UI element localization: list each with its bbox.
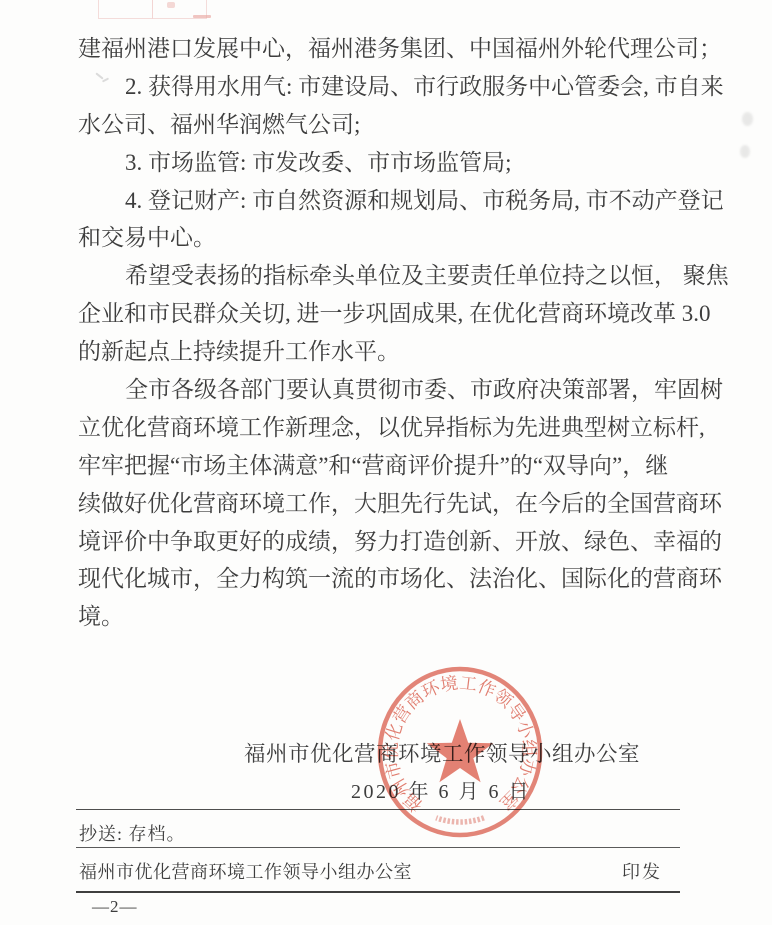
seal-bottom-code-marks bbox=[436, 818, 484, 822]
cc-line: 抄送: 存档。 bbox=[79, 820, 186, 846]
scan-artifact-smudge-1 bbox=[742, 112, 753, 126]
scan-artifact-red-grid-right bbox=[152, 0, 207, 19]
issuer-line: 福州市优化营商环境工作领导小组办公室 bbox=[79, 858, 412, 884]
text-line: 全市各级各部门要认真贯彻市委、市政府决策部署，牢固树 bbox=[78, 371, 706, 409]
text-line: 立优化营商环境工作新理念，以优异指标为先进典型树立标杆, bbox=[78, 409, 706, 447]
footer-divider-middle bbox=[76, 847, 680, 848]
text-line: 牢牢把握“市场主体满意”和“营商评价提升”的“双导向”，继 bbox=[78, 447, 706, 485]
page-number: —2— bbox=[92, 897, 138, 917]
text-line: 2. 获得用水用气: 市建设局、市行政服务中心管委会, 市自来 bbox=[78, 68, 706, 106]
text-line: 的新起点上持续提升工作水平。 bbox=[78, 333, 706, 371]
text-line: 水公司、福州华润燃气公司; bbox=[78, 106, 706, 144]
scan-artifact-red-dash bbox=[193, 15, 211, 18]
footer-divider-top bbox=[76, 809, 680, 810]
text-line: 4. 登记财产: 市自然资源和规划局、市税务局, 市不动产登记 bbox=[78, 182, 706, 220]
text-line: 现代化城市，全力构筑一流的市场化、法治化、国际化的营商环 bbox=[78, 560, 706, 598]
text-line: 企业和市民群众关切, 进一步巩固成果, 在优化营商环境改革 3.0 bbox=[78, 295, 706, 333]
text-line: 续做好优化营商环境工作，大胆先行先试，在今后的全国营商环 bbox=[78, 485, 706, 523]
scan-artifact-smudge-2 bbox=[740, 145, 750, 158]
signature-org: 福州市优化营商环境工作领导小组办公室 bbox=[244, 737, 640, 768]
footer-divider-bottom bbox=[76, 891, 680, 893]
scanned-document-page: 建福州港口发展中心，福州港务集团、中国福州外轮代理公司； 2. 获得用水用气: … bbox=[0, 0, 772, 925]
print-label: 印发 bbox=[622, 858, 662, 884]
text-line: 3. 市场监管: 市发改委、市市场监管局; bbox=[78, 144, 706, 182]
signature-date: 2020 年 6 月 6 日 bbox=[351, 775, 531, 804]
text-line: 境。 bbox=[78, 598, 706, 636]
text-line: 建福州港口发展中心，福州港务集团、中国福州外轮代理公司； bbox=[78, 30, 706, 68]
text-line: 境评价中争取更好的成绩，努力打造创新、开放、绿色、幸福的 bbox=[78, 523, 706, 561]
document-body: 建福州港口发展中心，福州港务集团、中国福州外轮代理公司； 2. 获得用水用气: … bbox=[78, 30, 706, 636]
text-line: 希望受表扬的指标牵头单位及主要责任单位持之以恒， 聚焦 bbox=[78, 257, 706, 295]
text-line: 和交易中心。 bbox=[78, 219, 706, 257]
scan-artifact-red-grid-left bbox=[98, 0, 153, 19]
scan-artifact-red-speck bbox=[167, 2, 175, 8]
